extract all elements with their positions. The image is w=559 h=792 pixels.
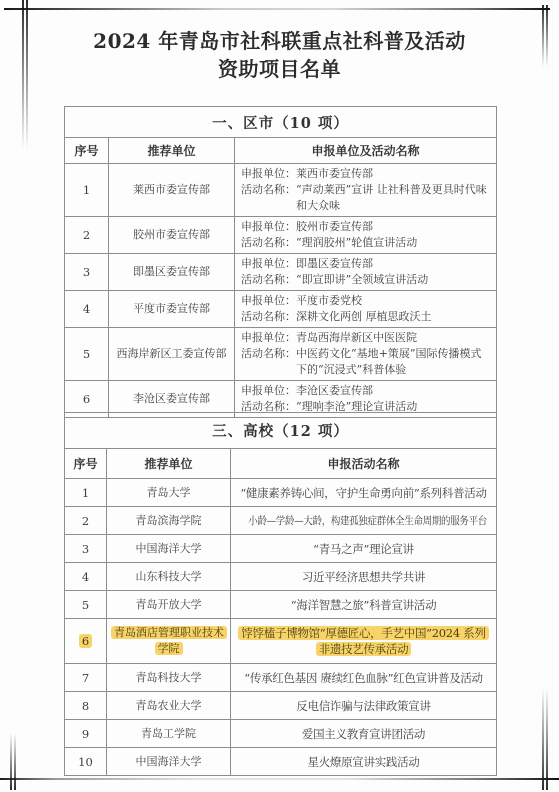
table-row: 7青岛科技大学“传承红色基因 赓续红色血脉”红色宣讲普及活动 (65, 664, 497, 692)
activity-cell: 申报单位：莱西市委宣传部活动名称：“声动莱西”宣讲 让社科普及更具时代味和大众味 (235, 164, 497, 217)
row-number-cell: 7 (65, 664, 107, 692)
recommending-org-cell: 青岛工学院 (107, 720, 231, 748)
row-number-cell: 1 (65, 164, 109, 217)
activity-cell: 星火燎原宣讲实践活动 (231, 748, 497, 776)
table-row: 2胶州市委宣传部申报单位：胶州市委宣传部活动名称：“理润胶州”轮值宣讲活动 (65, 217, 497, 254)
page-title-line1: 2024 年青岛市社科联重点社科普及活动 (0, 27, 559, 55)
page-title-line2: 资助项目名单 (0, 55, 559, 83)
section-title-universities: 三、高校（12 项） (65, 413, 497, 449)
row-number-cell: 3 (65, 254, 109, 291)
condensed-text: 小龄—学龄—大龄，构建孤独症群体全生命周期的服务平台 (248, 513, 487, 529)
recommending-org-cell: 青岛农业大学 (107, 692, 231, 720)
page-title: 2024 年青岛市社科联重点社科普及活动 资助项目名单 (0, 27, 559, 83)
recommending-org-cell: 平度市委宣传部 (109, 291, 235, 328)
table-row: 6青岛酒店管理职业技术学院饽饽榼子博物馆“厚德匠心，手艺中国”2024 系列非遗… (65, 619, 497, 664)
row-number-cell: 9 (65, 720, 107, 748)
row-number-cell: 10 (65, 748, 107, 776)
column-header-no: 序号 (65, 449, 107, 479)
activity-cell: “传承红色基因 赓续红色血脉”红色宣讲普及活动 (231, 664, 497, 692)
table-row: 3即墨区委宣传部申报单位：即墨区委宣传部活动名称：“即宣即讲”全领域宣讲活动 (65, 254, 497, 291)
row-number-cell: 8 (65, 692, 107, 720)
recommending-org-cell: 莱西市委宣传部 (109, 164, 235, 217)
activity-cell: 反电信诈骗与法律政策宣讲 (231, 692, 497, 720)
column-header-row: 序号 推荐单位 申报活动名称 (65, 449, 497, 479)
activity-cell: 申报单位：即墨区委宣传部活动名称：“即宣即讲”全领域宣讲活动 (235, 254, 497, 291)
row-number-cell: 5 (65, 328, 109, 381)
applicant-line: 申报单位：平度市委党校 (241, 293, 492, 309)
column-header-org: 推荐单位 (107, 449, 231, 479)
activity-cell: 饽饽榼子博物馆“厚德匠心，手艺中国”2024 系列非遗技艺传承活动 (231, 619, 497, 664)
activity-line: 活动名称：“理润胶州”轮值宣讲活动 (241, 235, 492, 251)
recommending-org-cell: 青岛开放大学 (107, 591, 231, 619)
recommending-org-cell: 青岛滨海学院 (107, 507, 231, 535)
table-row: 4山东科技大学习近平经济思想共学共讲 (65, 563, 497, 591)
section-header-row: 三、高校（12 项） (65, 413, 497, 449)
frame-mark-bottom-left (10, 733, 16, 790)
column-header-activity: 申报活动名称 (231, 449, 497, 479)
activity-cell: 小龄—学龄—大龄，构建孤独症群体全生命周期的服务平台 (231, 507, 497, 535)
section-header-row: 一、区市（10 项） (65, 107, 497, 138)
row-number-cell: 5 (65, 591, 107, 619)
row-number-cell: 1 (65, 479, 107, 507)
document-page: 2024 年青岛市社科联重点社科普及活动 资助项目名单 一、区市（10 项） 序… (0, 0, 559, 792)
row-number-cell: 4 (65, 291, 109, 328)
recommending-org-cell: 胶州市委宣传部 (109, 217, 235, 254)
table-row: 5西海岸新区工委宣传部申报单位：青岛西海岸新区中医医院活动名称：中医药文化“基地… (65, 328, 497, 381)
table-row: 2青岛滨海学院小龄—学龄—大龄，构建孤独症群体全生命周期的服务平台 (65, 507, 497, 535)
frame-mark-bottom-line (0, 778, 559, 780)
activity-cell: “青马之声”理论宣讲 (231, 535, 497, 563)
highlight-mark: 6 (79, 634, 92, 648)
row-number-cell: 2 (65, 507, 107, 535)
highlight-mark: 青岛酒店管理职业技术学院 (111, 626, 227, 655)
applicant-line: 申报单位：胶州市委宣传部 (241, 219, 492, 235)
row-number-cell: 3 (65, 535, 107, 563)
recommending-org-cell: 青岛酒店管理职业技术学院 (107, 619, 231, 664)
activity-cell: 申报单位：青岛西海岸新区中医医院活动名称：中医药文化“基地+策展”国际传播模式下… (235, 328, 497, 381)
table-row: 1莱西市委宣传部申报单位：莱西市委宣传部活动名称：“声动莱西”宣讲 让社科普及更… (65, 164, 497, 217)
recommending-org-cell: 中国海洋大学 (107, 748, 231, 776)
row-number-cell: 4 (65, 563, 107, 591)
applicant-line: 申报单位：即墨区委宣传部 (241, 256, 492, 272)
section-title-districts: 一、区市（10 项） (65, 107, 497, 138)
activity-cell: 申报单位：平度市委党校活动名称：深耕文化两创 厚植思政沃土 (235, 291, 497, 328)
activity-line: 活动名称：“即宣即讲”全领域宣讲活动 (241, 272, 492, 288)
row-number-cell: 2 (65, 217, 109, 254)
recommending-org-cell: 青岛大学 (107, 479, 231, 507)
universities-table: 三、高校（12 项） 序号 推荐单位 申报活动名称 1青岛大学“健康素养铸心间，… (64, 412, 497, 776)
recommending-org-cell: 西海岸新区工委宣传部 (109, 328, 235, 381)
table-row: 9青岛工学院爱国主义教育宣讲团活动 (65, 720, 497, 748)
column-header-row: 序号 推荐单位 申报单位及活动名称 (65, 138, 497, 164)
applicant-line: 申报单位：莱西市委宣传部 (241, 166, 492, 182)
table-row: 3中国海洋大学“青马之声”理论宣讲 (65, 535, 497, 563)
table-row: 4平度市委宣传部申报单位：平度市委党校活动名称：深耕文化两创 厚植思政沃土 (65, 291, 497, 328)
activity-line: 活动名称：中医药文化“基地+策展”国际传播模式下的“沉浸式”科普体验 (241, 346, 492, 378)
frame-mark-bottom-right (542, 688, 548, 790)
recommending-org-cell: 山东科技大学 (107, 563, 231, 591)
activity-cell: 爱国主义教育宣讲团活动 (231, 720, 497, 748)
row-number-cell: 6 (65, 619, 107, 664)
frame-mark-top-line (4, 8, 550, 10)
table-row: 5青岛开放大学“海洋智慧之旅”科普宣讲活动 (65, 591, 497, 619)
activity-cell: “海洋智慧之旅”科普宣讲活动 (231, 591, 497, 619)
activity-line: 活动名称：“声动莱西”宣讲 让社科普及更具时代味和大众味 (241, 182, 492, 214)
activity-line: 活动名称：深耕文化两创 厚植思政沃土 (241, 309, 492, 325)
column-header-activity: 申报单位及活动名称 (235, 138, 497, 164)
highlight-mark: 饽饽榼子博物馆“厚德匠心，手艺中国”2024 系列非遗技艺传承活动 (238, 626, 488, 656)
column-header-no: 序号 (65, 138, 109, 164)
column-header-org: 推荐单位 (109, 138, 235, 164)
recommending-org-cell: 青岛科技大学 (107, 664, 231, 692)
recommending-org-cell: 中国海洋大学 (107, 535, 231, 563)
applicant-line: 申报单位：青岛西海岸新区中医医院 (241, 330, 492, 346)
districts-table: 一、区市（10 项） 序号 推荐单位 申报单位及活动名称 1莱西市委宣传部申报单… (64, 106, 497, 418)
activity-cell: 习近平经济思想共学共讲 (231, 563, 497, 591)
activity-cell: 申报单位：胶州市委宣传部活动名称：“理润胶州”轮值宣讲活动 (235, 217, 497, 254)
applicant-line: 申报单位：李沧区委宣传部 (241, 383, 492, 399)
activity-cell: “健康素养铸心间，守护生命勇向前”系列科普活动 (231, 479, 497, 507)
table-row: 8青岛农业大学反电信诈骗与法律政策宣讲 (65, 692, 497, 720)
table-row: 1青岛大学“健康素养铸心间，守护生命勇向前”系列科普活动 (65, 479, 497, 507)
recommending-org-cell: 即墨区委宣传部 (109, 254, 235, 291)
table-row: 10中国海洋大学星火燎原宣讲实践活动 (65, 748, 497, 776)
